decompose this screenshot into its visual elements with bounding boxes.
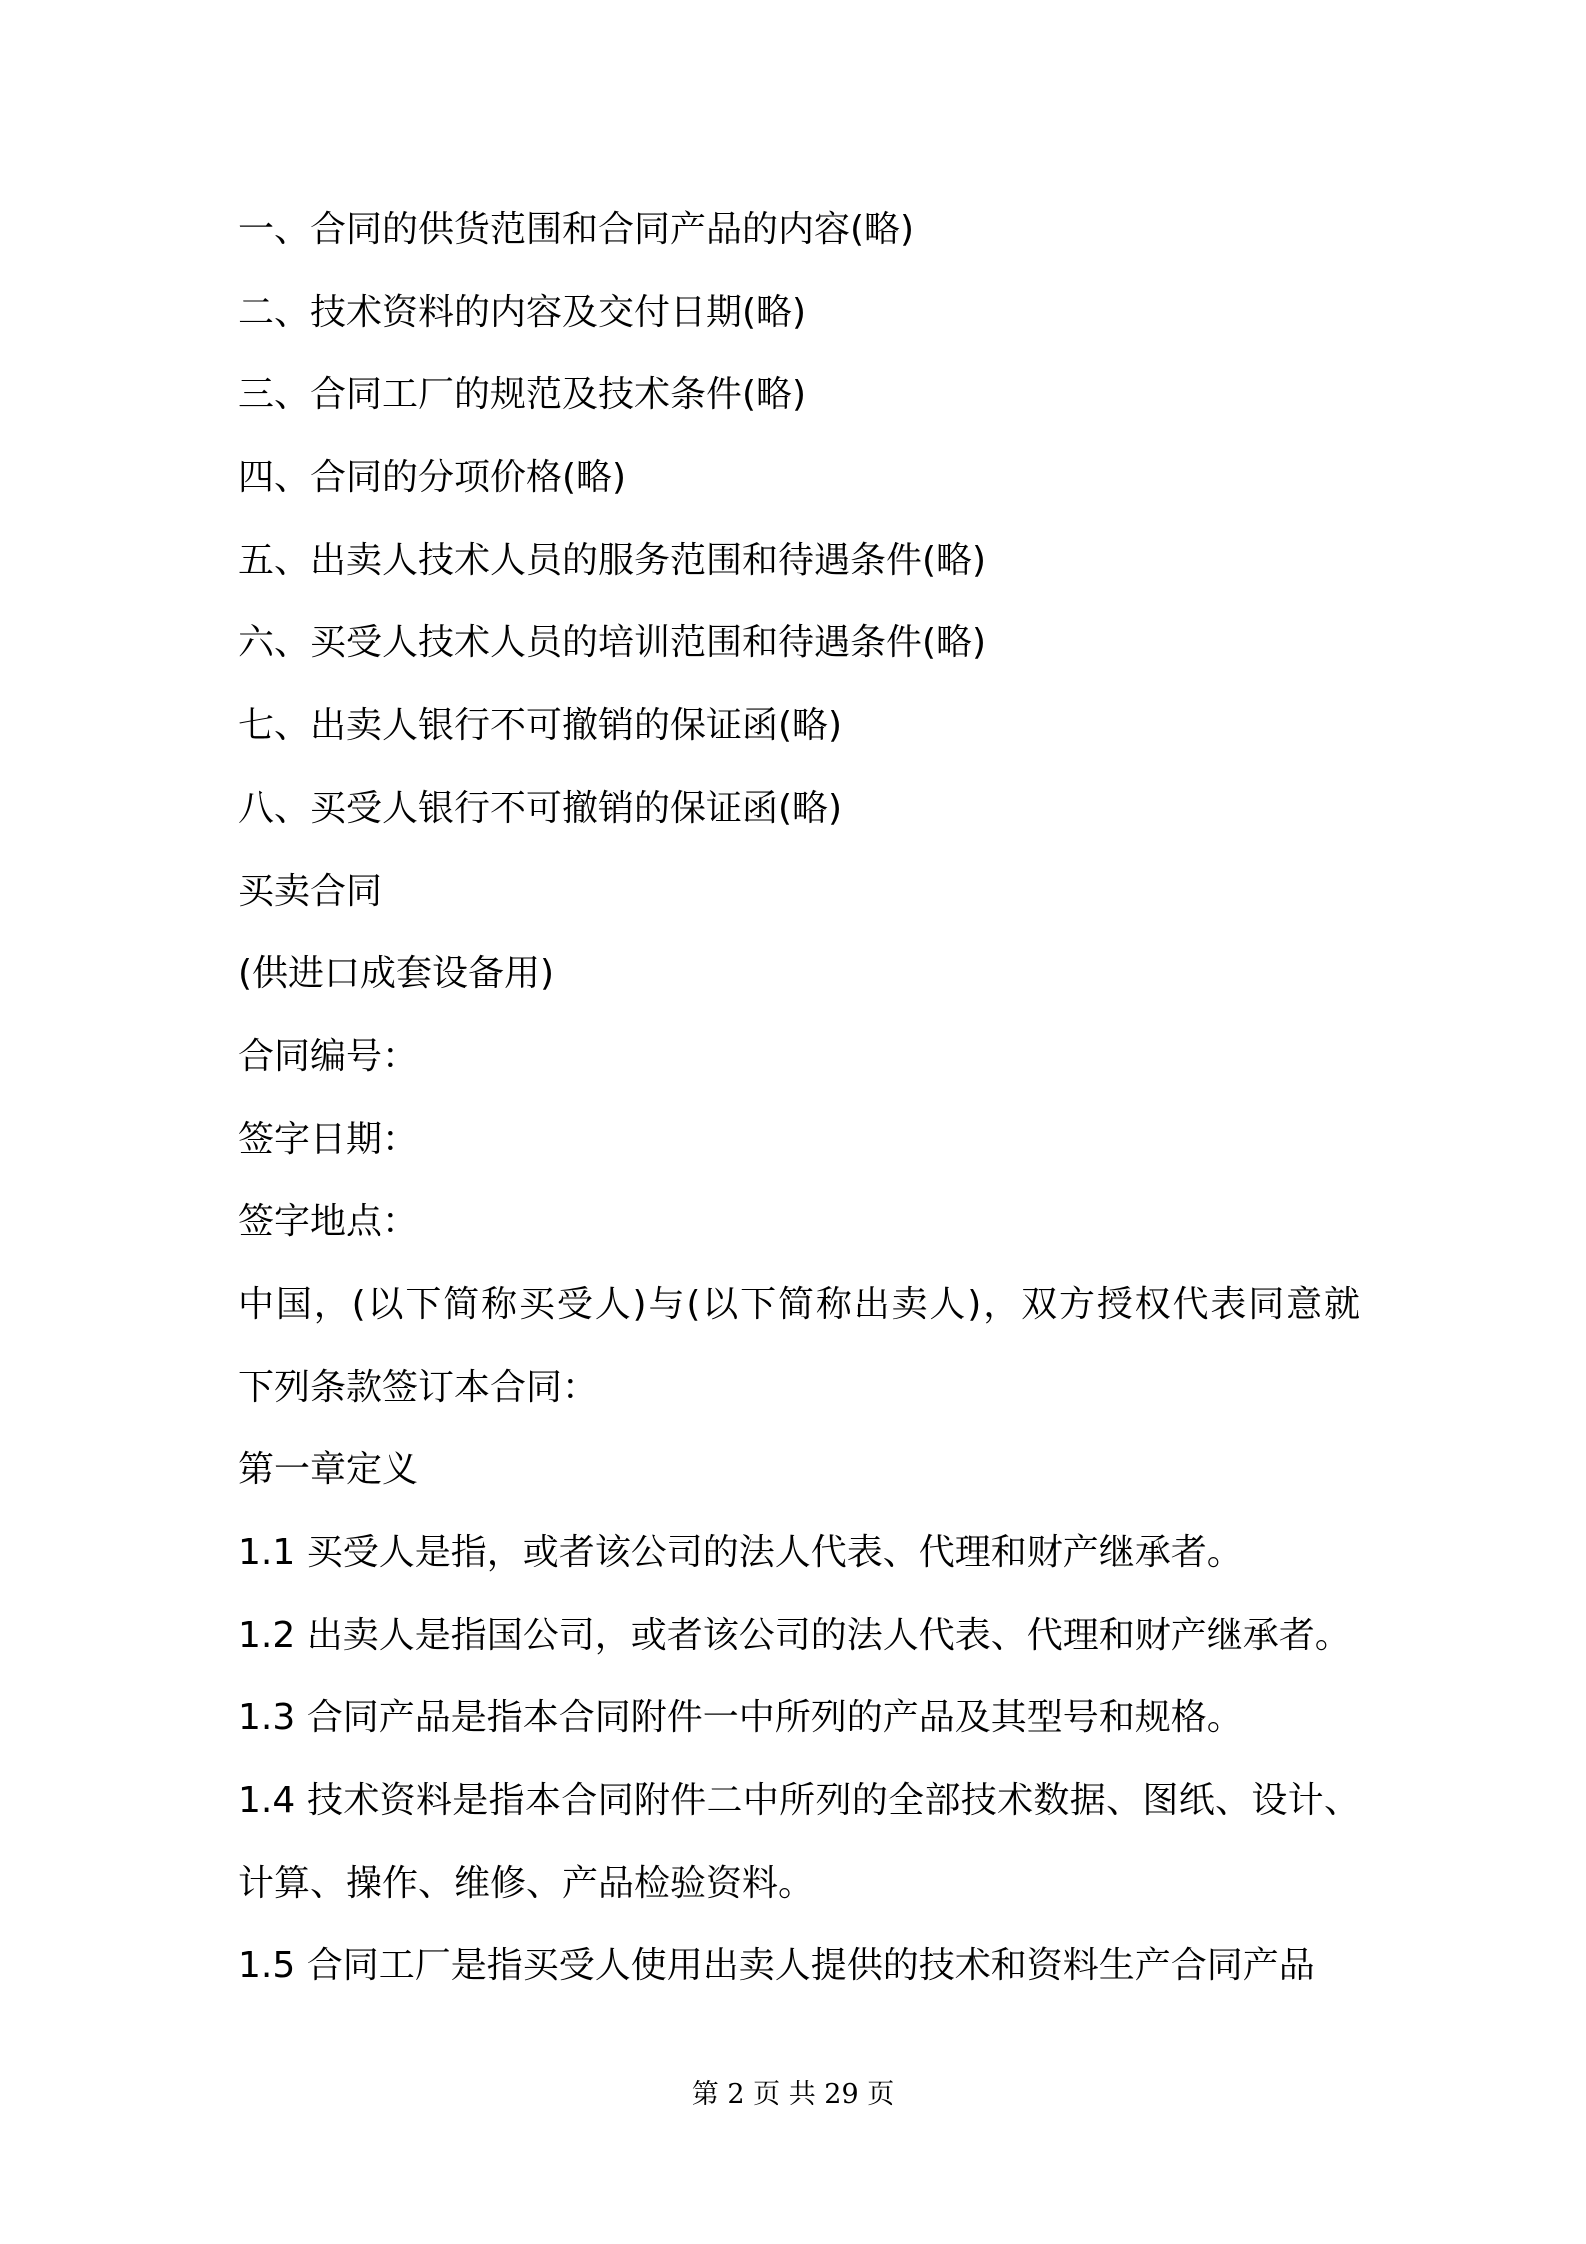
toc-item-8: 八、买受人银行不可撤销的保证函(略) — [238, 768, 1360, 851]
clause-1-4-line-1: 1.4 技术资料是指本合同附件二中所列的全部技术数据、图纸、设计、 — [238, 1760, 1360, 1843]
toc-item-4: 四、合同的分项价格(略) — [238, 437, 1360, 520]
clause-1-1: 1.1 买受人是指，或者该公司的法人代表、代理和财产继承者。 — [238, 1512, 1360, 1595]
clause-1-3: 1.3 合同产品是指本合同附件一中所列的产品及其型号和规格。 — [238, 1677, 1360, 1760]
contract-title: 买卖合同 — [238, 851, 1360, 934]
contract-subtitle: (供进口成套设备用) — [238, 933, 1360, 1016]
toc-item-7: 七、出卖人银行不可撤销的保证函(略) — [238, 685, 1360, 768]
signing-date-label: 签字日期： — [238, 1099, 1360, 1182]
toc-item-6: 六、买受人技术人员的培训范围和待遇条件(略) — [238, 602, 1360, 685]
signing-place-label: 签字地点： — [238, 1181, 1360, 1264]
toc-item-5: 五、出卖人技术人员的服务范围和待遇条件(略) — [238, 520, 1360, 603]
clause-1-2: 1.2 出卖人是指国公司，或者该公司的法人代表、代理和财产继承者。 — [238, 1595, 1360, 1678]
toc-item-3: 三、合同工厂的规范及技术条件(略) — [238, 354, 1360, 437]
toc-item-1: 一、合同的供货范围和合同产品的内容(略) — [238, 189, 1360, 272]
preamble-line-2: 下列条款签订本合同： — [238, 1347, 1360, 1430]
page-footer: 第 2 页 共 29 页 — [0, 2078, 1586, 2112]
clause-1-5: 1.5 合同工厂是指买受人使用出卖人提供的技术和资料生产合同产品 — [238, 1925, 1360, 2008]
chapter-heading: 第一章定义 — [238, 1429, 1360, 1512]
document-page: 一、合同的供货范围和合同产品的内容(略) 二、技术资料的内容及交付日期(略) 三… — [0, 0, 1586, 2244]
clause-1-4-line-2: 计算、操作、维修、产品检验资料。 — [238, 1843, 1360, 1926]
preamble-line-1: 中国，(以下简称买受人)与(以下简称出卖人)，双方授权代表同意就 — [238, 1264, 1360, 1347]
document-body: 一、合同的供货范围和合同产品的内容(略) 二、技术资料的内容及交付日期(略) 三… — [238, 189, 1360, 2008]
toc-item-2: 二、技术资料的内容及交付日期(略) — [238, 272, 1360, 355]
contract-number-label: 合同编号： — [238, 1016, 1360, 1099]
